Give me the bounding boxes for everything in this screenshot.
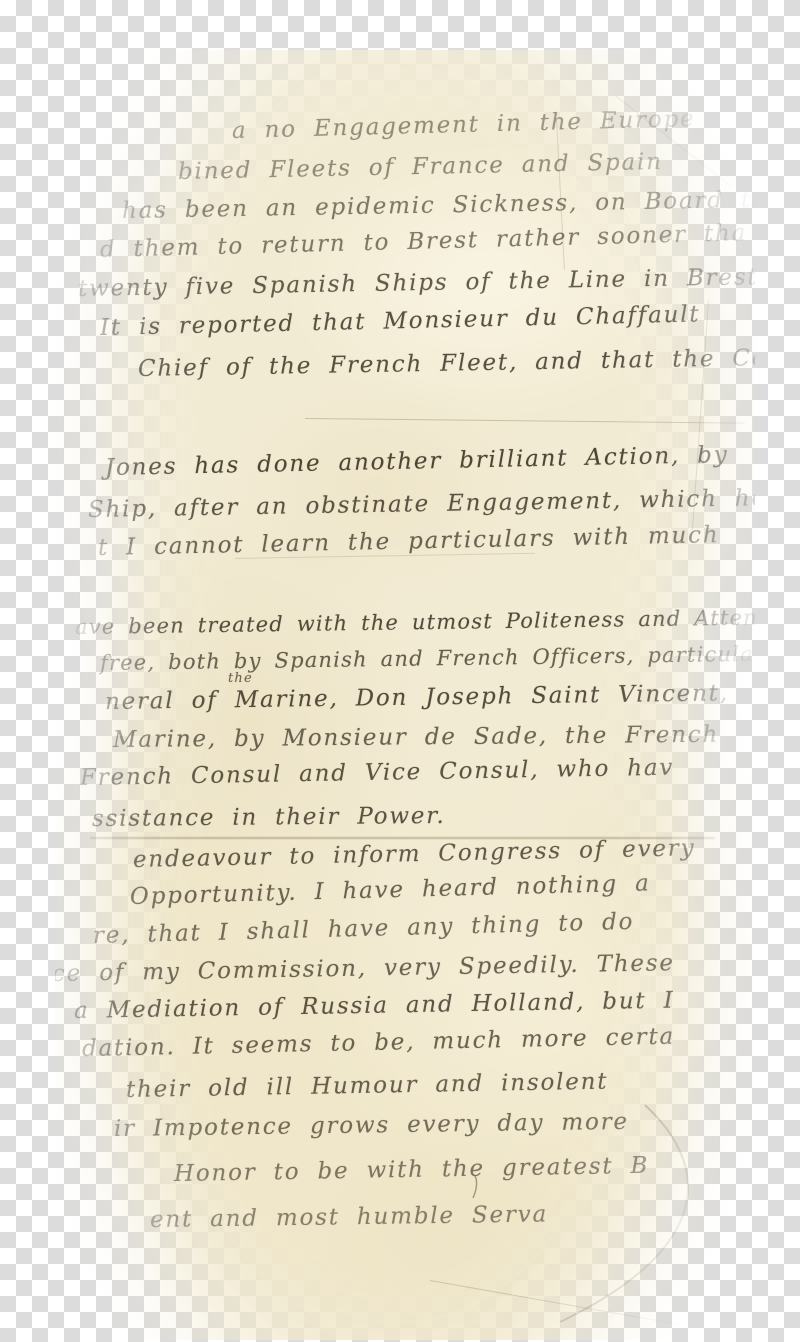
handwriting-line-26: Honor to be with the greatest B [174, 1153, 650, 1187]
handwriting-line-3: has been an epidemic Sickness, on Board … [122, 187, 769, 224]
handwriting-line-16: French Consul and Vice Consul, who hav [80, 755, 675, 791]
handwriting-line-11: ave been treated with the utmost Politen… [75, 605, 800, 639]
handwriting-line-2: bined Fleets of France and Spain [178, 149, 663, 185]
handwriting-line-1: a no Engagement in the Europe [232, 106, 696, 144]
letter-sheet: a no Engagement in the Europebined Fleet… [55, 50, 755, 1340]
handwriting-line-27: ent and most humble Serva [150, 1201, 548, 1233]
handwriting-line-8: Jones has done another brilliant Action,… [105, 442, 729, 481]
handwriting-line-4: d them to return to Brest rather sooner … [100, 220, 748, 263]
handwriting-line-6: It is reported that Monsieur du Chaffaul… [100, 301, 701, 341]
handwriting-line-20: re, that I shall have any thing to do [93, 909, 635, 949]
handwriting-line-13: the [228, 671, 253, 686]
handwriting-line-12: free, both by Spanish and French Officer… [100, 642, 765, 675]
handwriting-line-18: endeavour to inform Congress of every [133, 835, 696, 873]
handwriting-line-17: ssistance in their Power. [92, 803, 446, 832]
transparent-canvas: { "palette": { "checker_light": "#ffffff… [0, 0, 800, 1342]
handwriting-line-24: their old ill Humour and insolent [126, 1069, 609, 1103]
handwriting-line-7: Chief of the French Fleet, and that the … [138, 344, 800, 382]
handwriting-line-25: ir Impotence grows every day more [114, 1109, 629, 1142]
handwriting-line-21: ce of my Commission, very Speedily. Thes… [52, 950, 675, 987]
handwriting-line-5: twenty five Spanish Ships of the Line in… [78, 264, 759, 302]
handwriting-line-15: Marine, by Monsieur de Sade, the French [113, 722, 719, 753]
letter-lines: a no Engagement in the Europebined Fleet… [55, 50, 755, 1340]
handwriting-line-22: a Mediation of Russia and Holland, but I [74, 988, 675, 1024]
handwriting-line-19: Opportunity. I have heard nothing a [130, 870, 651, 910]
handwriting-line-9: Ship, after an obstinate Engagement, whi… [88, 485, 767, 523]
handwriting-line-10: t I cannot learn the particulars with mu… [98, 522, 720, 561]
handwriting-line-14: neral of Marine, Don Joseph Saint Vincen… [105, 680, 729, 715]
handwriting-line-23: dation. It seems to be, much more certa [82, 1024, 676, 1062]
